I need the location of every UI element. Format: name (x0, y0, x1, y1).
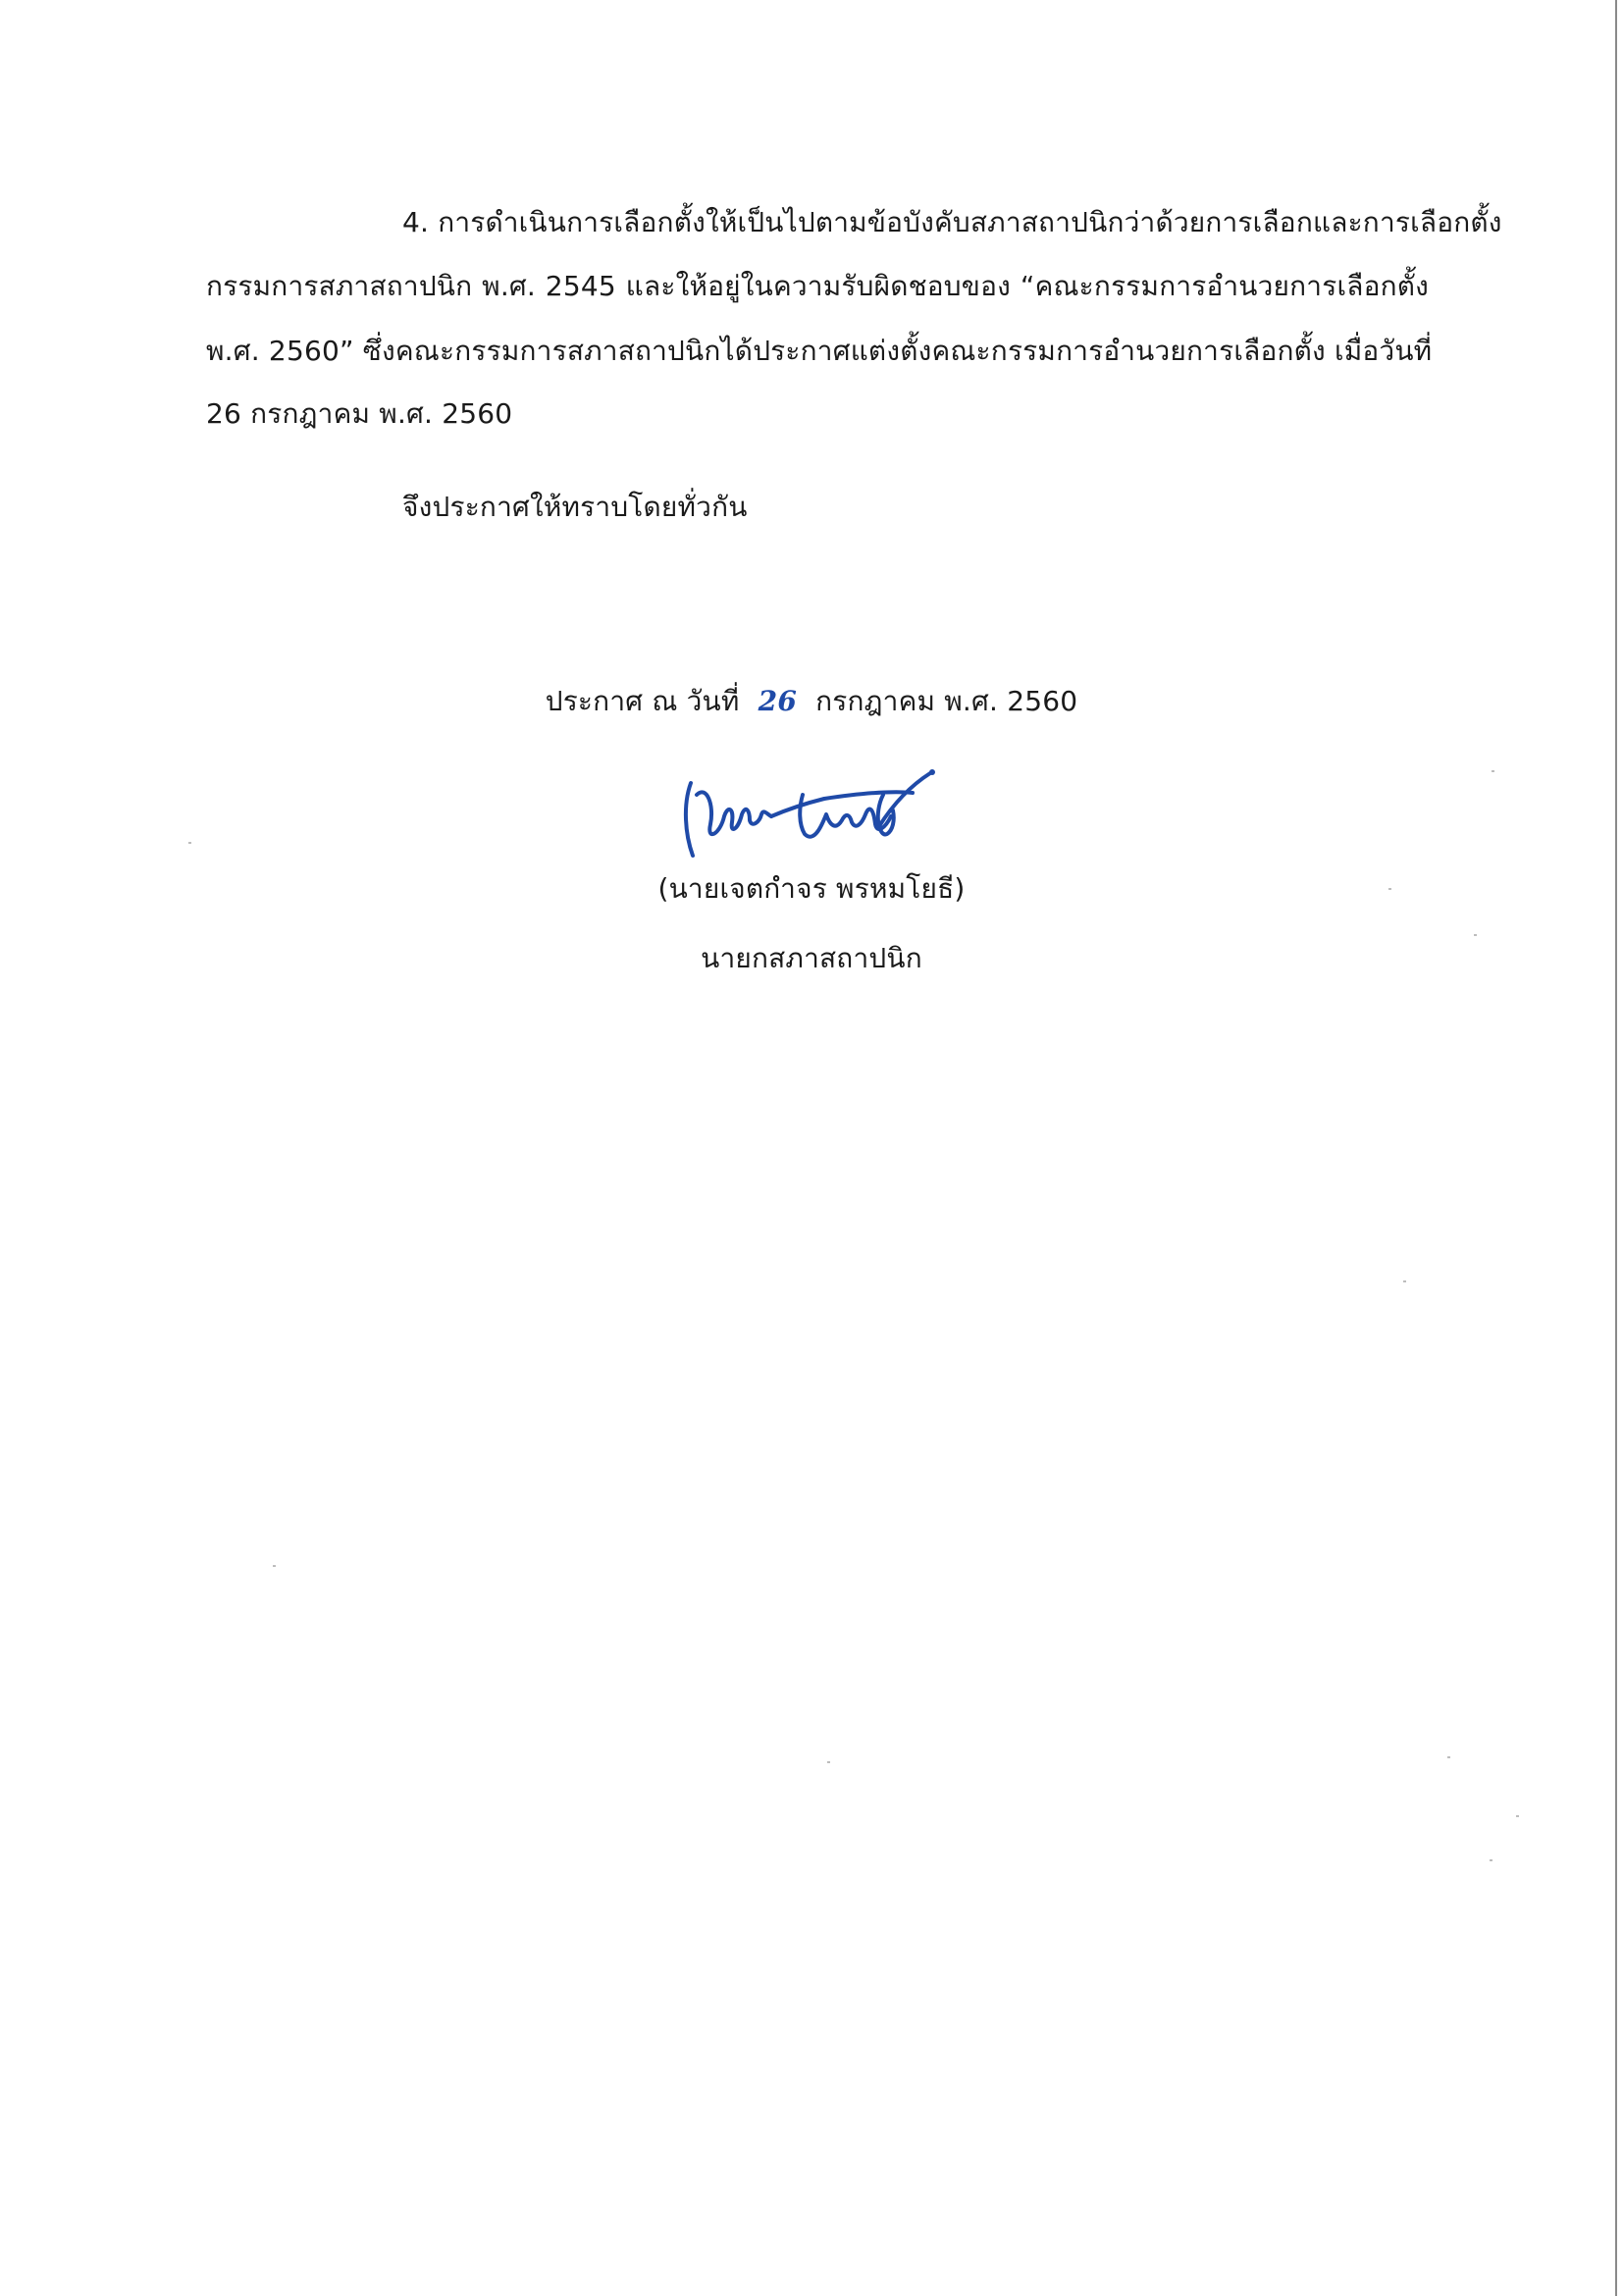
scan-speck (827, 1761, 830, 1763)
scan-speck (1490, 1859, 1492, 1861)
handwritten-day: 26 (759, 685, 797, 717)
signature-icon (677, 765, 971, 863)
scan-speck (1447, 1756, 1450, 1758)
page-edge-line (1615, 0, 1617, 2296)
signatory-position: นายกสภาสถาปนิก (0, 939, 1623, 978)
scan-speck (1388, 888, 1391, 890)
document-page: 4. การดำเนินการเลือกตั้งให้เป็นไปตามข้อบ… (0, 0, 1623, 2296)
scan-speck (1516, 1815, 1519, 1817)
paragraph-4-line-1: 4. การดำเนินการเลือกตั้งให้เป็นไปตามข้อบ… (402, 203, 1429, 242)
scan-speck (188, 842, 191, 844)
announcement-date: ประกาศ ณ วันที่ 26 กรกฎาคม พ.ศ. 2560 (0, 682, 1623, 721)
paragraph-4-line-2: กรรมการสภาสถาปนิก พ.ศ. 2545 และให้อยู่ใน… (206, 267, 1429, 306)
announcement-date-suffix: กรกฎาคม พ.ศ. 2560 (815, 685, 1077, 717)
scan-speck (1474, 934, 1477, 936)
scan-speck (1403, 1280, 1406, 1282)
paragraph-4-line-4: 26 กรกฎาคม พ.ศ. 2560 (206, 394, 512, 434)
announcement-date-prefix: ประกาศ ณ วันที่ (546, 685, 740, 717)
closing-statement: จึงประกาศให้ทราบโดยทั่วกัน (402, 488, 748, 527)
scan-speck (1492, 770, 1494, 772)
scan-speck (273, 1565, 276, 1567)
paragraph-4-line-3: พ.ศ. 2560” ซึ่งคณะกรรมการสภาสถาปนิกได้ปร… (206, 332, 1429, 371)
signatory-name: (นายเจตกำจร พรหมโยธี) (0, 869, 1623, 909)
